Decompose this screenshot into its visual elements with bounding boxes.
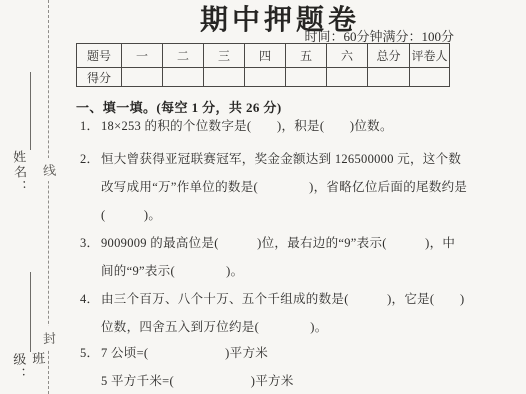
col-header-total: 总分 [368, 44, 410, 68]
score-cell [245, 68, 286, 87]
score-cell [163, 68, 204, 87]
score-cell [204, 68, 245, 87]
col-header-5: 五 [286, 44, 327, 68]
seal-char-feng: 封 [41, 326, 58, 350]
question-line: 18×253 的积的个位数字是( )，积是( )位数。 [101, 112, 393, 140]
exam-paper: 线 封 姓名： 班级： 期中押题卷 时间：60分钟满分：100分 题号 一 二 … [0, 0, 526, 394]
name-label: 姓名： [9, 150, 30, 196]
col-header-3: 三 [204, 44, 245, 68]
score-cell [368, 68, 410, 87]
col-header-1: 一 [122, 44, 163, 68]
score-cell [327, 68, 368, 87]
name-blank-line [30, 72, 31, 150]
question-number: 3． [80, 229, 101, 285]
question-line: 7 公顷=( )平方米 [101, 339, 294, 367]
col-header-grader: 评卷人 [410, 44, 450, 68]
question-line: 9009009 的最高位是( )位，最右边的“9”表示( )，中 [101, 229, 455, 257]
question-line: 恒大曾获得亚冠联赛冠军，奖金金额达到 126500000 元，这个数 [101, 145, 467, 173]
question-4: 4． 由三个百万、八个十万、五个千组成的数是( )，它是( ) 位数，四舍五入到… [80, 285, 464, 341]
score-cell [410, 68, 450, 87]
question-number: 2． [80, 145, 101, 229]
question-line: 间的“9”表示( )。 [101, 257, 455, 285]
score-table-score-row: 得分 [77, 68, 450, 87]
score-table-header-row: 题号 一 二 三 四 五 六 总分 评卷人 [77, 44, 450, 68]
seal-char-line: 线 [41, 158, 58, 182]
question-number: 1． [80, 112, 101, 140]
question-number: 5． [80, 339, 101, 394]
col-header-6: 六 [327, 44, 368, 68]
question-line: 改写成用“万”作单位的数是( )，省略亿位后面的尾数约是 [101, 173, 467, 201]
question-line: 由三个百万、八个十万、五个千组成的数是( )，它是( ) [101, 285, 464, 313]
question-1: 1． 18×253 的积的个位数字是( )，积是( )位数。 [80, 112, 393, 140]
question-number: 4． [80, 285, 101, 341]
score-row-label: 得分 [77, 68, 122, 87]
question-line: 位数，四舍五入到万位约是( )。 [101, 313, 464, 341]
col-header-question-no: 题号 [77, 44, 122, 68]
col-header-4: 四 [245, 44, 286, 68]
question-5: 5． 7 公顷=( )平方米 5 平方千米=( )平方米 [80, 339, 294, 394]
class-label: 班级： [9, 351, 49, 394]
col-header-2: 二 [163, 44, 204, 68]
question-2: 2． 恒大曾获得亚冠联赛冠军，奖金金额达到 126500000 元，这个数 改写… [80, 145, 467, 229]
score-cell [286, 68, 327, 87]
class-blank-line [30, 272, 31, 352]
question-3: 3． 9009009 的最高位是( )位，最右边的“9”表示( )，中 间的“9… [80, 229, 455, 285]
question-line: ( )。 [101, 201, 467, 229]
score-cell [122, 68, 163, 87]
score-table: 题号 一 二 三 四 五 六 总分 评卷人 得分 [76, 43, 450, 87]
question-line: 5 平方千米=( )平方米 [101, 367, 294, 394]
